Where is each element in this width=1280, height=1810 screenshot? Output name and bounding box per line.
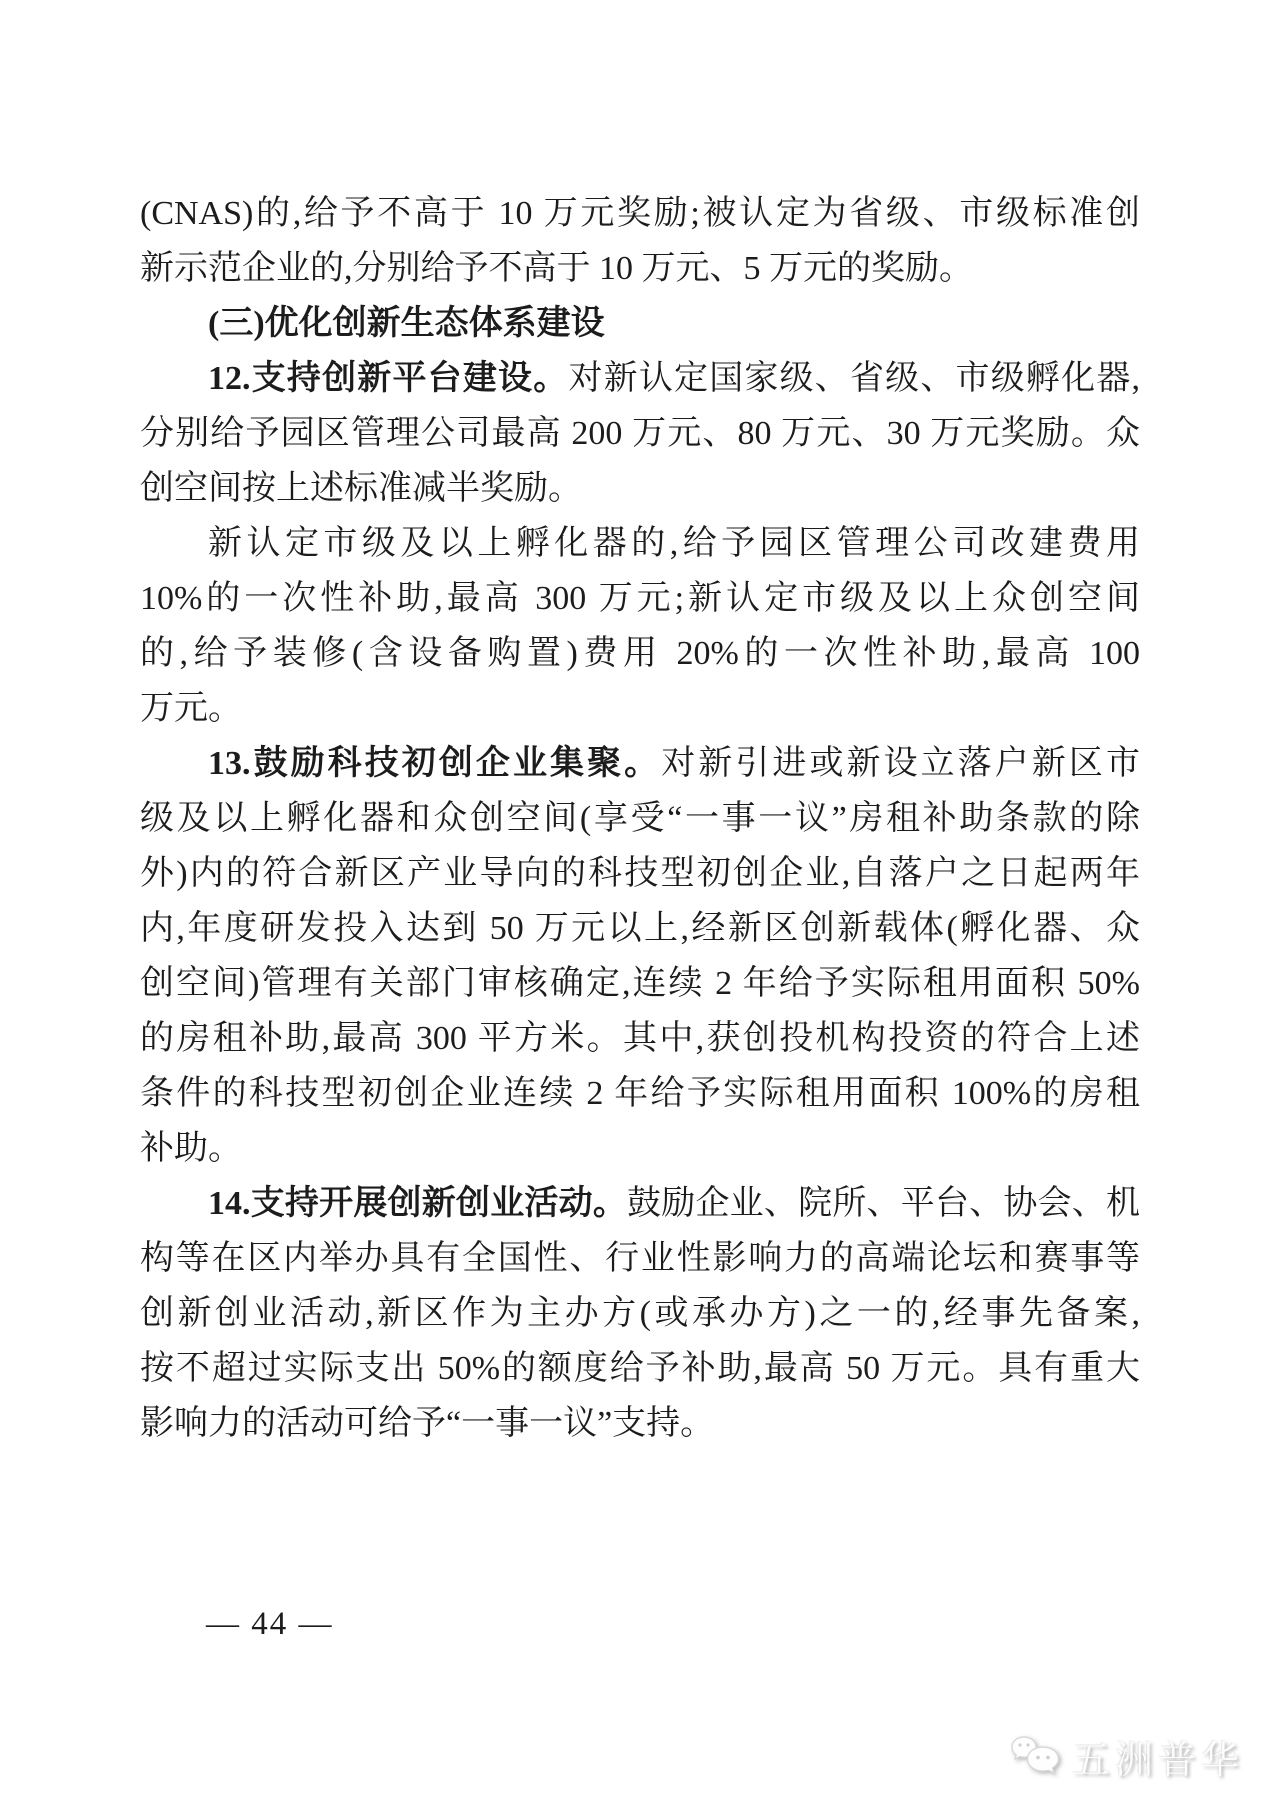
text-line: 按不超过实际支出 50%的额度给予补助,最高 50 万元。具有重大: [140, 1341, 1140, 1396]
text-run: 创新创业活动,新区作为主办方(或承办方)之一的,经事先备案,: [140, 1295, 1140, 1332]
text-line: 13.鼓励科技初创企业集聚。对新引进或新设立落户新区市: [140, 736, 1140, 791]
text-run: 创空间)管理有关部门审核确定,连续 2 年给予实际租用面积 50%: [140, 965, 1140, 1002]
text-line: 12.支持创新平台建设。对新认定国家级、省级、市级孵化器,: [140, 351, 1140, 406]
text-line: 补助。: [140, 1121, 1140, 1176]
document-text-block: (CNAS)的,给予不高于 10 万元奖励;被认定为省级、市级标准创 新示范企业…: [140, 186, 1140, 1451]
text-run: 万元。: [140, 690, 242, 727]
text-run: 鼓励企业、院所、平台、协会、机: [627, 1185, 1140, 1222]
text-run: 的,给予装修(含设备购置)费用 20%的一次性补助,最高 100: [140, 635, 1140, 672]
text-run: 新认定市级及以上孵化器的,给予园区管理公司改建费用: [208, 525, 1140, 562]
section-heading: (三)优化创新生态体系建设: [208, 305, 605, 342]
text-line: 外)内的符合新区产业导向的科技型初创企业,自落户之日起两年: [140, 846, 1140, 901]
text-line: 创空间)管理有关部门审核确定,连续 2 年给予实际租用面积 50%: [140, 956, 1140, 1011]
text-run: 创空间按上述标准减半奖励。: [140, 470, 582, 507]
text-line: 分别给予园区管理公司最高 200 万元、80 万元、30 万元奖励。众: [140, 406, 1140, 461]
wechat-bubbles-icon: [1010, 1735, 1062, 1779]
text-line: 的房租补助,最高 300 平方米。其中,获创投机构投资的符合上述: [140, 1011, 1140, 1066]
text-run: (CNAS)的,给予不高于 10 万元奖励;被认定为省级、市级标准创: [140, 195, 1140, 232]
text-run: 新示范企业的,分别给予不高于 10 万元、5 万元的奖励。: [140, 250, 973, 287]
text-run: 对新认定国家级、省级、市级孵化器,: [568, 360, 1140, 397]
text-line: 级及以上孵化器和众创空间(享受“一事一议”房租补助条款的除: [140, 791, 1140, 846]
item-heading: 14.支持开展创新创业活动。: [208, 1185, 627, 1222]
text-run: 的房租补助,最高 300 平方米。其中,获创投机构投资的符合上述: [140, 1020, 1140, 1057]
text-run: 10%的一次性补助,最高 300 万元;新认定市级及以上众创空间: [140, 580, 1140, 617]
text-run: 级及以上孵化器和众创空间(享受“一事一议”房租补助条款的除: [140, 800, 1140, 837]
text-line: 新认定市级及以上孵化器的,给予园区管理公司改建费用: [140, 516, 1140, 571]
text-run: 构等在区内举办具有全国性、行业性影响力的高端论坛和赛事等: [140, 1240, 1140, 1277]
text-run: 条件的科技型初创企业连续 2 年给予实际租用面积 100%的房租: [140, 1075, 1140, 1112]
text-line: 创新创业活动,新区作为主办方(或承办方)之一的,经事先备案,: [140, 1286, 1140, 1341]
text-line: 创空间按上述标准减半奖励。: [140, 461, 1140, 516]
text-run: 内,年度研发投入达到 50 万元以上,经新区创新载体(孵化器、众: [140, 910, 1140, 947]
text-run: 外)内的符合新区产业导向的科技型初创企业,自落户之日起两年: [140, 855, 1140, 892]
text-line: 构等在区内举办具有全国性、行业性影响力的高端论坛和赛事等: [140, 1231, 1140, 1286]
text-line: 内,年度研发投入达到 50 万元以上,经新区创新载体(孵化器、众: [140, 901, 1140, 956]
section-heading-line: (三)优化创新生态体系建设: [140, 296, 1140, 351]
text-line: 影响力的活动可给予“一事一议”支持。: [140, 1396, 1140, 1451]
watermark-text: 五洲普华: [1072, 1729, 1244, 1784]
text-run: 对新引进或新设立落户新区市: [661, 745, 1140, 782]
text-line: 10%的一次性补助,最高 300 万元;新认定市级及以上众创空间: [140, 571, 1140, 626]
text-line: 新示范企业的,分别给予不高于 10 万元、5 万元的奖励。: [140, 241, 1140, 296]
text-run: 影响力的活动可给予“一事一议”支持。: [140, 1405, 714, 1442]
text-line: 条件的科技型初创企业连续 2 年给予实际租用面积 100%的房租: [140, 1066, 1140, 1121]
text-line: 的,给予装修(含设备购置)费用 20%的一次性补助,最高 100: [140, 626, 1140, 681]
watermark: 五洲普华: [1010, 1729, 1244, 1784]
text-line: (CNAS)的,给予不高于 10 万元奖励;被认定为省级、市级标准创: [140, 186, 1140, 241]
text-run: 补助。: [140, 1130, 242, 1167]
text-run: 分别给予园区管理公司最高 200 万元、80 万元、30 万元奖励。众: [140, 415, 1140, 452]
text-line: 万元。: [140, 681, 1140, 736]
item-heading: 12.支持创新平台建设。: [208, 360, 568, 397]
text-line: 14.支持开展创新创业活动。鼓励企业、院所、平台、协会、机: [140, 1176, 1140, 1231]
item-heading: 13.鼓励科技初创企业集聚。: [208, 745, 661, 782]
text-run: 按不超过实际支出 50%的额度给予补助,最高 50 万元。具有重大: [140, 1350, 1140, 1387]
document-page: (CNAS)的,给予不高于 10 万元奖励;被认定为省级、市级标准创 新示范企业…: [0, 0, 1280, 1810]
page-number: — 44 —: [206, 1606, 334, 1643]
